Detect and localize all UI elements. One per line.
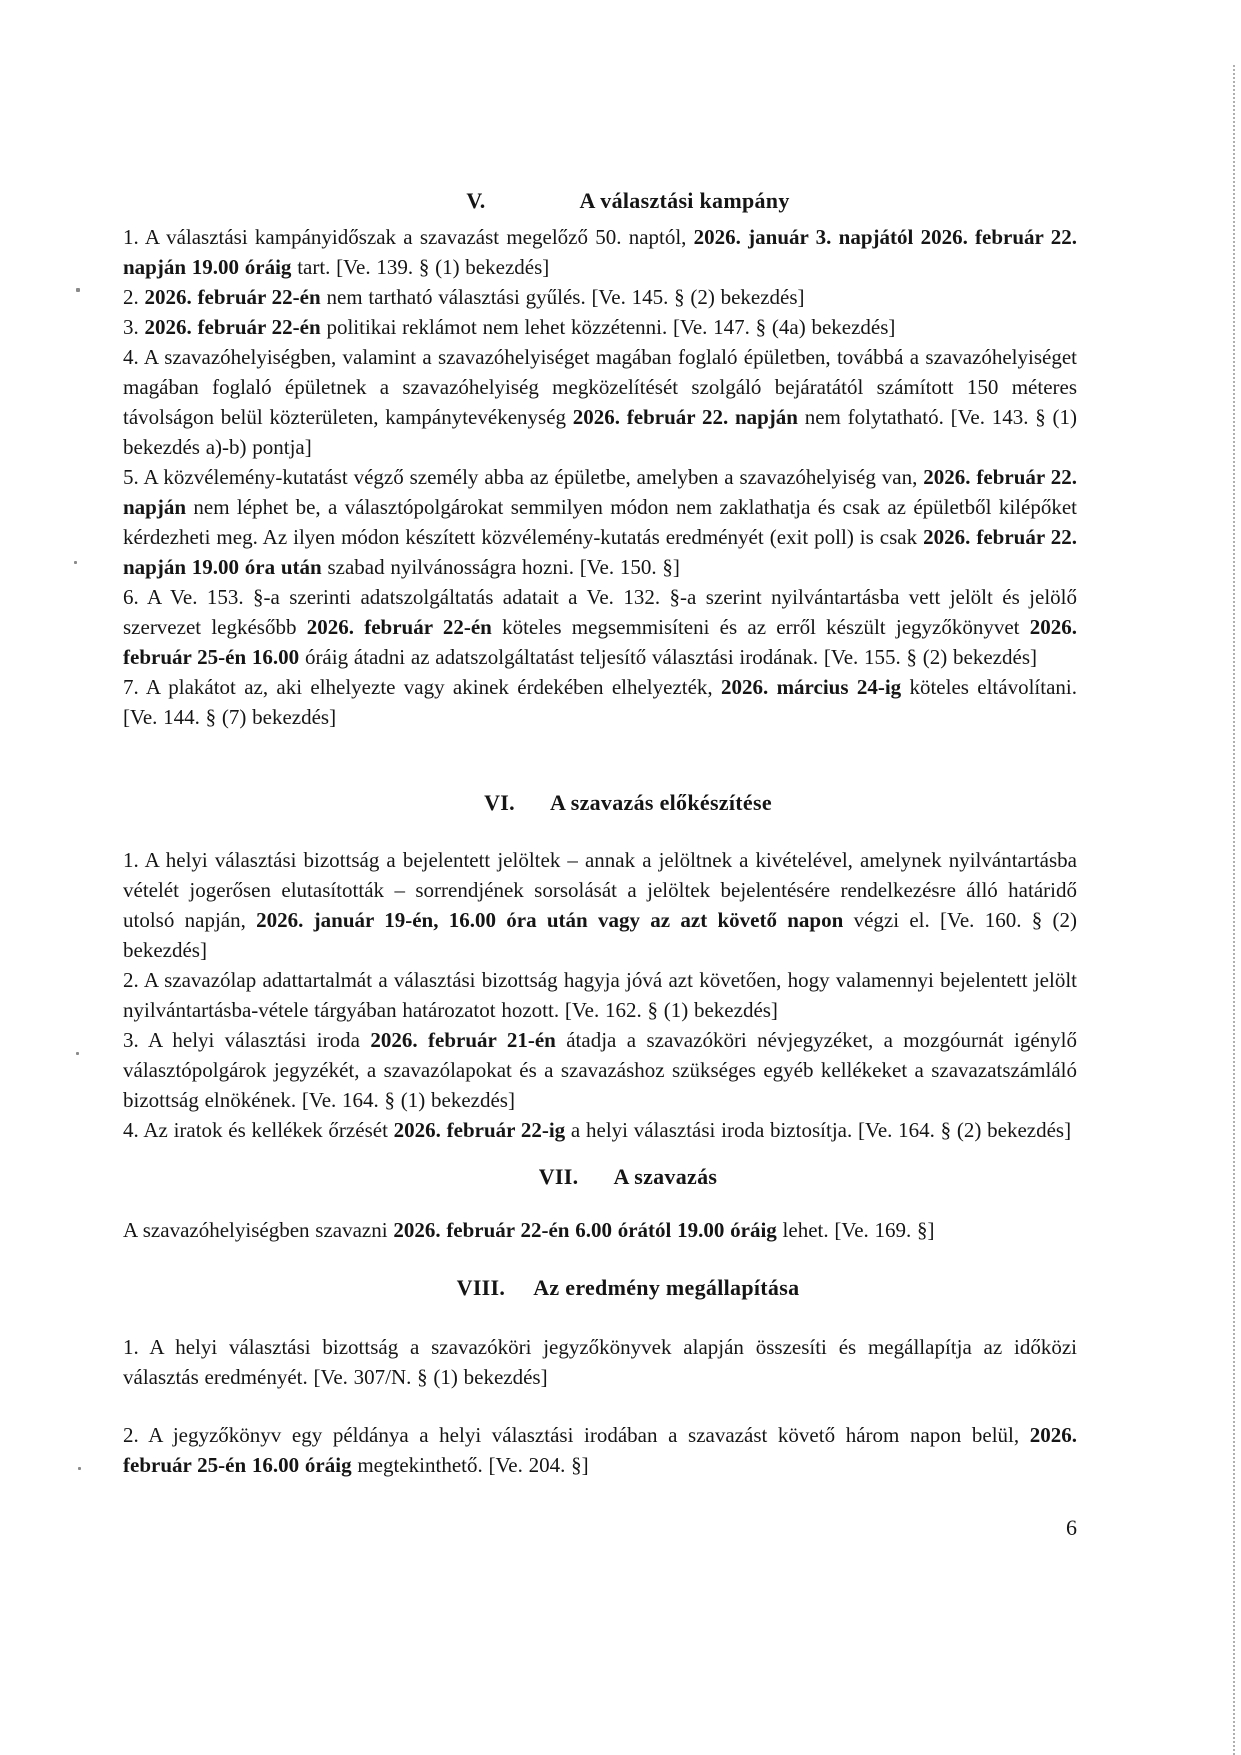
- scan-speck: [76, 288, 80, 292]
- text-run: megtekinthető. [Ve. 204. §]: [352, 1453, 589, 1477]
- text-run: nem tartható választási gyűlés. [Ve. 145…: [321, 285, 805, 309]
- paragraph: 4. Az iratok és kellékek őrzését 2026. f…: [123, 1115, 1077, 1145]
- text-run: köteles megsemmisíteni és az erről készü…: [492, 615, 1030, 639]
- text-run: lehet. [Ve. 169. §]: [777, 1218, 935, 1242]
- page-number: 6: [123, 1513, 1077, 1543]
- emphasized-date: 2026. január 19-én, 16.00 óra után vagy …: [256, 908, 843, 932]
- paragraph: 7. A plakátot az, aki elhelyezte vagy ak…: [123, 672, 1077, 732]
- text-run: 3. A helyi választási iroda: [123, 1028, 370, 1052]
- emphasized-date: 2026. február 22-én: [307, 615, 492, 639]
- section-viii: VIII.Az eredmény megállapítása1. A helyi…: [123, 1273, 1077, 1480]
- paragraph: 2. A szavazólap adattartalmát a választá…: [123, 965, 1077, 1025]
- text-run: 2. A jegyzőkönyv egy példánya a helyi vá…: [123, 1423, 1030, 1447]
- text-run: 1. A választási kampányidőszak a szavazá…: [123, 225, 694, 249]
- text-run: tart. [Ve. 139. § (1) bekezdés]: [291, 255, 549, 279]
- emphasized-date: 2026. február 22-én 6.00 órától 19.00 ór…: [393, 1218, 776, 1242]
- text-run: óráig átadni az adatszolgáltatást teljes…: [299, 645, 1037, 669]
- emphasized-date: 2026. február 22. napján: [573, 405, 798, 429]
- section-numeral: VIII.: [457, 1273, 506, 1303]
- text-run: politikai reklámot nem lehet közzétenni.…: [321, 315, 896, 339]
- text-run: 7. A plakátot az, aki elhelyezte vagy ak…: [123, 675, 721, 699]
- text-run: 1. A helyi választási bizottság a szavaz…: [123, 1335, 1077, 1389]
- section-title: A szavazás előkészítése: [550, 788, 772, 818]
- section-numeral: VII.: [539, 1162, 579, 1192]
- scan-edge-artifact: [1233, 65, 1235, 1755]
- paragraph: 3. 2026. február 22-én politikai reklámo…: [123, 312, 1077, 342]
- paragraph: A szavazóhelyiségben szavazni 2026. febr…: [123, 1215, 1077, 1245]
- text-run: a helyi választási iroda biztosítja. [Ve…: [565, 1118, 1071, 1142]
- document-body: V.A választási kampány1. A választási ka…: [123, 186, 1077, 1543]
- paragraph: 1. A helyi választási bizottság a bejele…: [123, 845, 1077, 965]
- section-title: A választási kampány: [580, 186, 790, 216]
- document-page: V.A választási kampány1. A választási ka…: [0, 0, 1241, 1755]
- section-heading: VIII.Az eredmény megállapítása: [151, 1273, 1105, 1303]
- emphasized-date: 2026. március 24-ig: [721, 675, 901, 699]
- section-numeral: V.: [466, 186, 485, 216]
- emphasized-date: 2026. február 22-ig: [394, 1118, 566, 1142]
- section-heading: V.A választási kampány: [151, 186, 1105, 216]
- paragraph: 3. A helyi választási iroda 2026. februá…: [123, 1025, 1077, 1115]
- emphasized-date: 2026. február 22-én: [145, 285, 321, 309]
- text-run: 2.: [123, 285, 145, 309]
- emphasized-date: 2026. február 21-én: [370, 1028, 555, 1052]
- paragraph: 4. A szavazóhelyiségben, valamint a szav…: [123, 342, 1077, 462]
- section-numeral: VI.: [484, 788, 515, 818]
- paragraph: 5. A közvélemény-kutatást végző személy …: [123, 462, 1077, 582]
- text-run: 5. A közvélemény-kutatást végző személy …: [123, 465, 923, 489]
- section-title: Az eredmény megállapítása: [533, 1273, 799, 1303]
- scan-speck: [74, 561, 77, 564]
- paragraph: 1. A választási kampányidőszak a szavazá…: [123, 222, 1077, 282]
- section-heading: VI.A szavazás előkészítése: [151, 788, 1105, 818]
- section-v: V.A választási kampány1. A választási ka…: [123, 186, 1077, 732]
- text-run: A szavazóhelyiségben szavazni: [123, 1218, 393, 1242]
- paragraph: 2. 2026. február 22-én nem tartható vála…: [123, 282, 1077, 312]
- paragraph: 6. A Ve. 153. §-a szerinti adatszolgálta…: [123, 582, 1077, 672]
- section-heading: VII.A szavazás: [151, 1162, 1105, 1192]
- emphasized-date: 2026. február 22-én: [145, 315, 321, 339]
- scan-speck: [78, 1467, 81, 1470]
- paragraph: 1. A helyi választási bizottság a szavaz…: [123, 1332, 1077, 1392]
- text-run: 4. Az iratok és kellékek őrzését: [123, 1118, 394, 1142]
- text-run: szabad nyilvánosságra hozni. [Ve. 150. §…: [322, 555, 680, 579]
- section-vii: VII.A szavazásA szavazóhelyiségben szava…: [123, 1162, 1077, 1245]
- scan-speck: [76, 1052, 79, 1055]
- paragraph: 2. A jegyzőkönyv egy példánya a helyi vá…: [123, 1420, 1077, 1480]
- section-title: A szavazás: [613, 1162, 717, 1192]
- text-run: 2. A szavazólap adattartalmát a választá…: [123, 968, 1077, 1022]
- section-vi: VI.A szavazás előkészítése1. A helyi vál…: [123, 788, 1077, 1145]
- text-run: 3.: [123, 315, 145, 339]
